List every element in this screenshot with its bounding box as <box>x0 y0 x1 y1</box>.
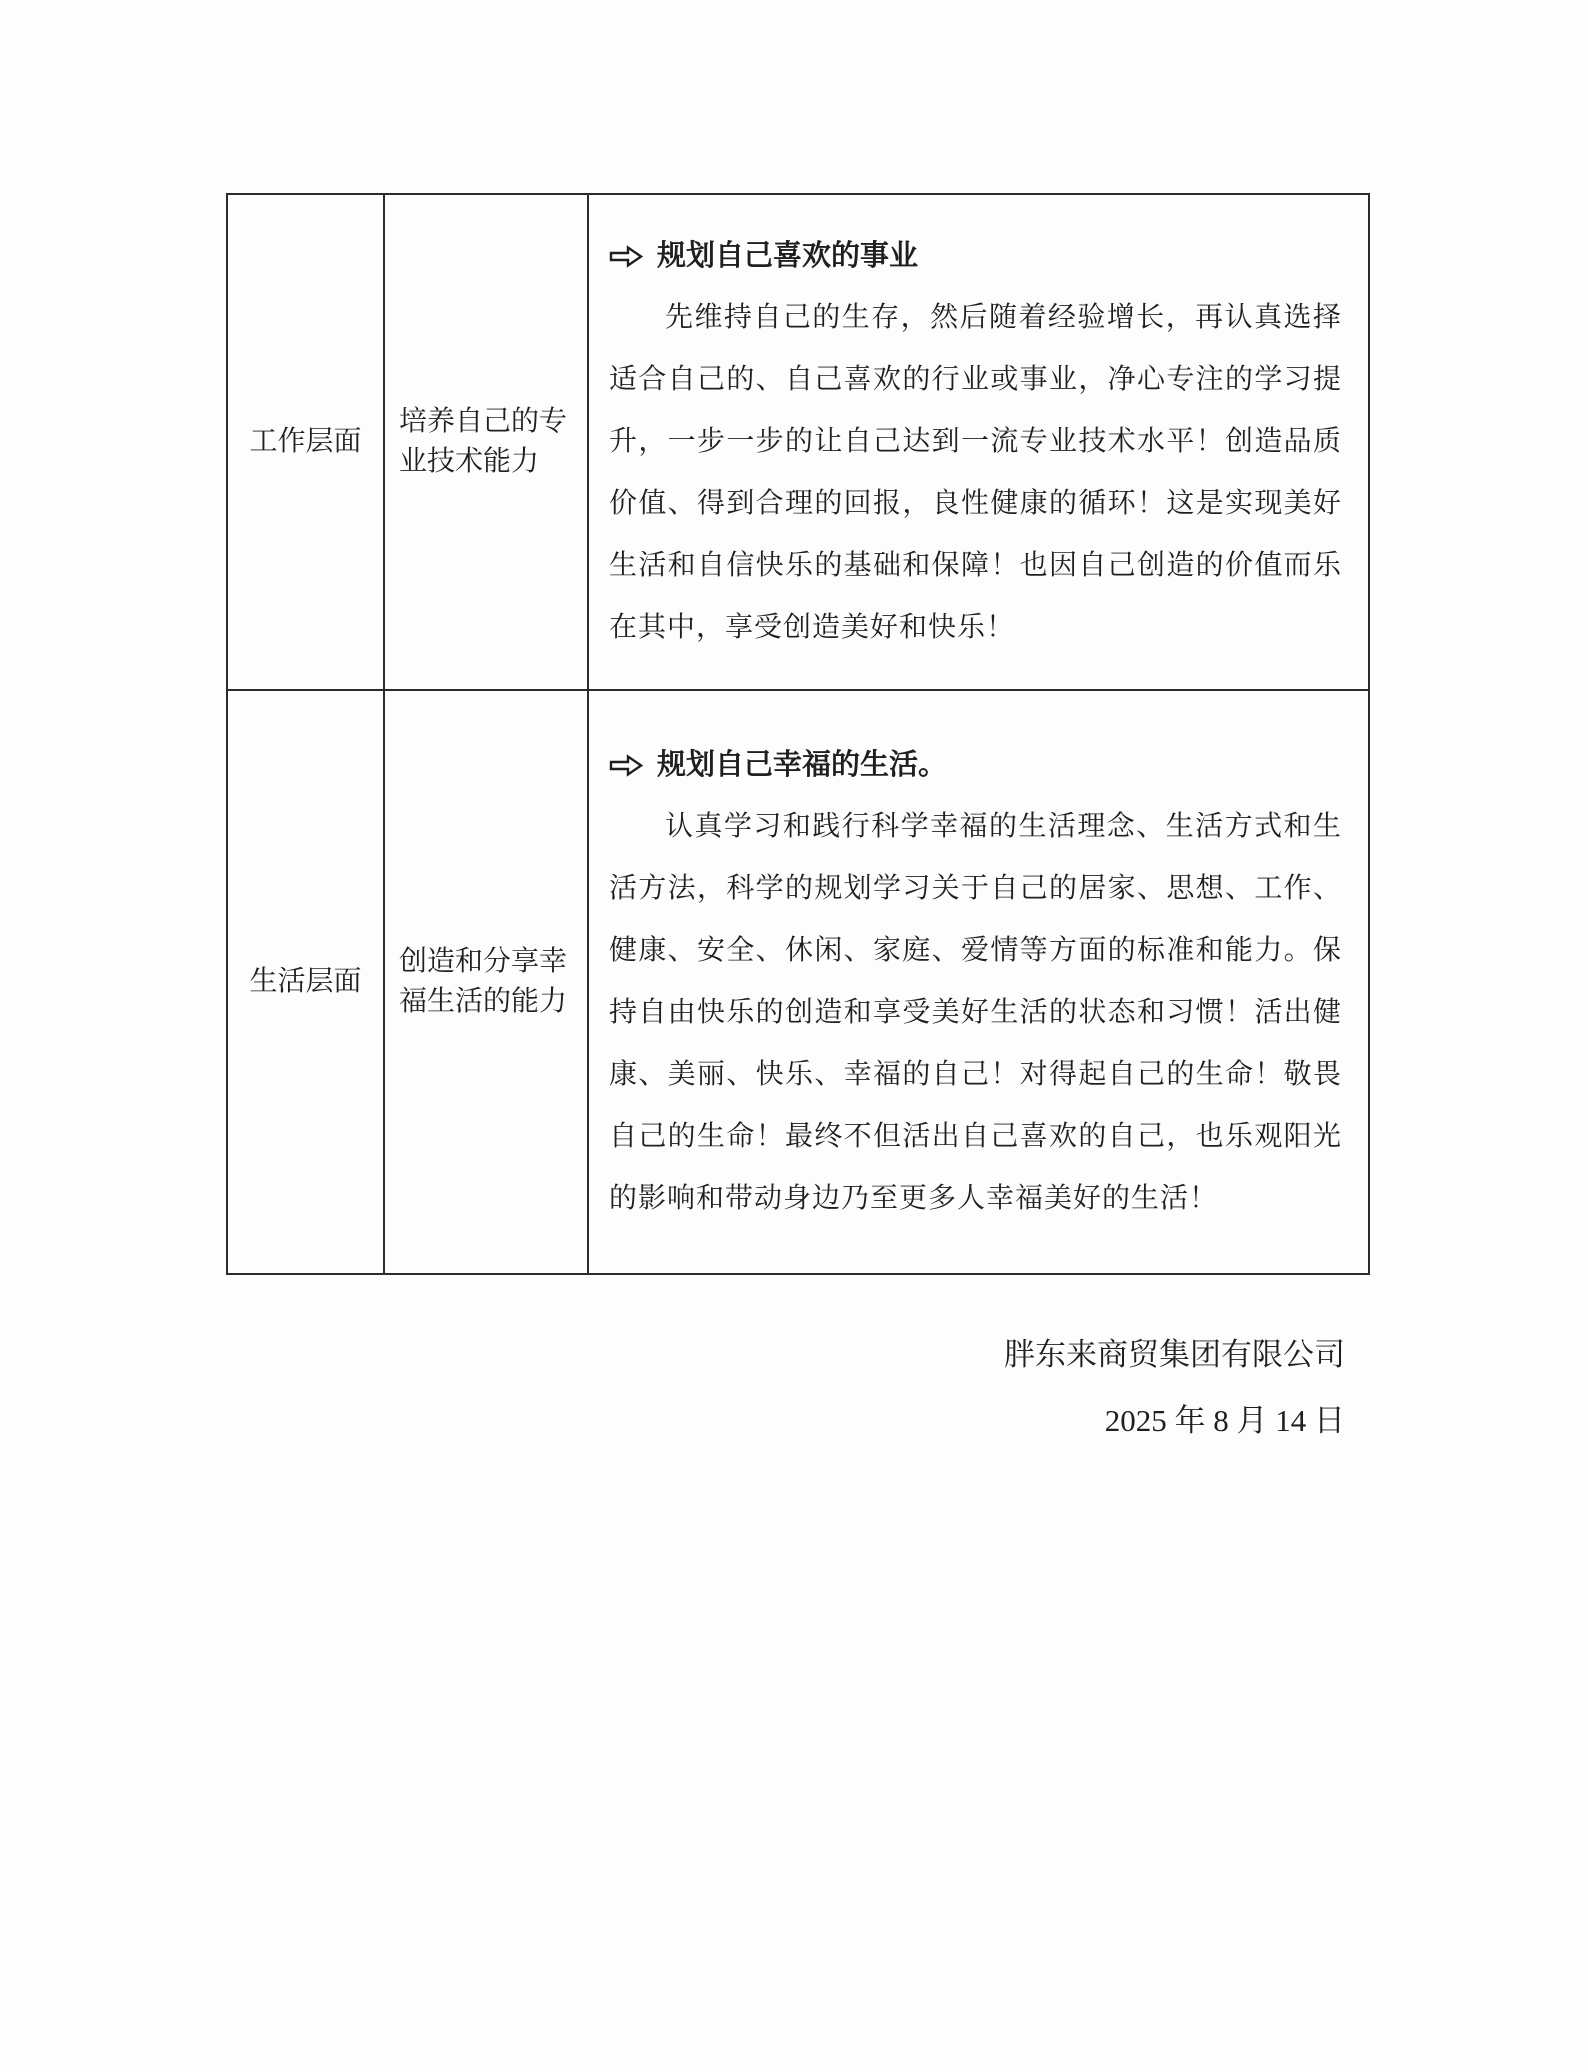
ability-table: 工作层面 培养自己的专业技术能力 规划自己喜欢的事业 先维持自己的生存，然后随着… <box>226 193 1370 1275</box>
detail-heading-text: 规划自己幸福的生活。 <box>657 734 947 796</box>
table-row: 生活层面 创造和分享幸福生活的能力 规划自己幸福的生活。 认真学习和践行科学幸福… <box>227 690 1369 1274</box>
company-name: 胖东来商贸集团有限公司 <box>1004 1322 1345 1388</box>
ability-cell: 创造和分享幸福生活的能力 <box>384 690 588 1274</box>
signature-date: 2025 年 8 月 14 日 <box>1004 1388 1345 1454</box>
level-cell: 生活层面 <box>227 690 384 1274</box>
detail-cell: 规划自己幸福的生活。 认真学习和践行科学幸福的生活理念、生活方式和生活方法，科学… <box>588 690 1369 1274</box>
detail-body: 先维持自己的生存，然后随着经验增长，再认真选择适合自己的、自己喜欢的行业或事业，… <box>609 287 1342 659</box>
table-row: 工作层面 培养自己的专业技术能力 规划自己喜欢的事业 先维持自己的生存，然后随着… <box>227 194 1369 690</box>
document-page: 工作层面 培养自己的专业技术能力 规划自己喜欢的事业 先维持自己的生存，然后随着… <box>0 0 1588 2072</box>
detail-body: 认真学习和践行科学幸福的生活理念、生活方式和生活方法，科学的规划学习关于自己的居… <box>609 796 1342 1230</box>
ability-cell: 培养自己的专业技术能力 <box>384 194 588 690</box>
detail-heading-text: 规划自己喜欢的事业 <box>657 225 918 287</box>
signature-block: 胖东来商贸集团有限公司 2025 年 8 月 14 日 <box>1004 1322 1345 1454</box>
right-arrow-icon <box>609 245 643 268</box>
detail-cell: 规划自己喜欢的事业 先维持自己的生存，然后随着经验增长，再认真选择适合自己的、自… <box>588 194 1369 690</box>
detail-heading: 规划自己幸福的生活。 <box>609 734 1342 796</box>
level-cell: 工作层面 <box>227 194 384 690</box>
detail-heading: 规划自己喜欢的事业 <box>609 225 1342 287</box>
right-arrow-icon <box>609 754 643 777</box>
